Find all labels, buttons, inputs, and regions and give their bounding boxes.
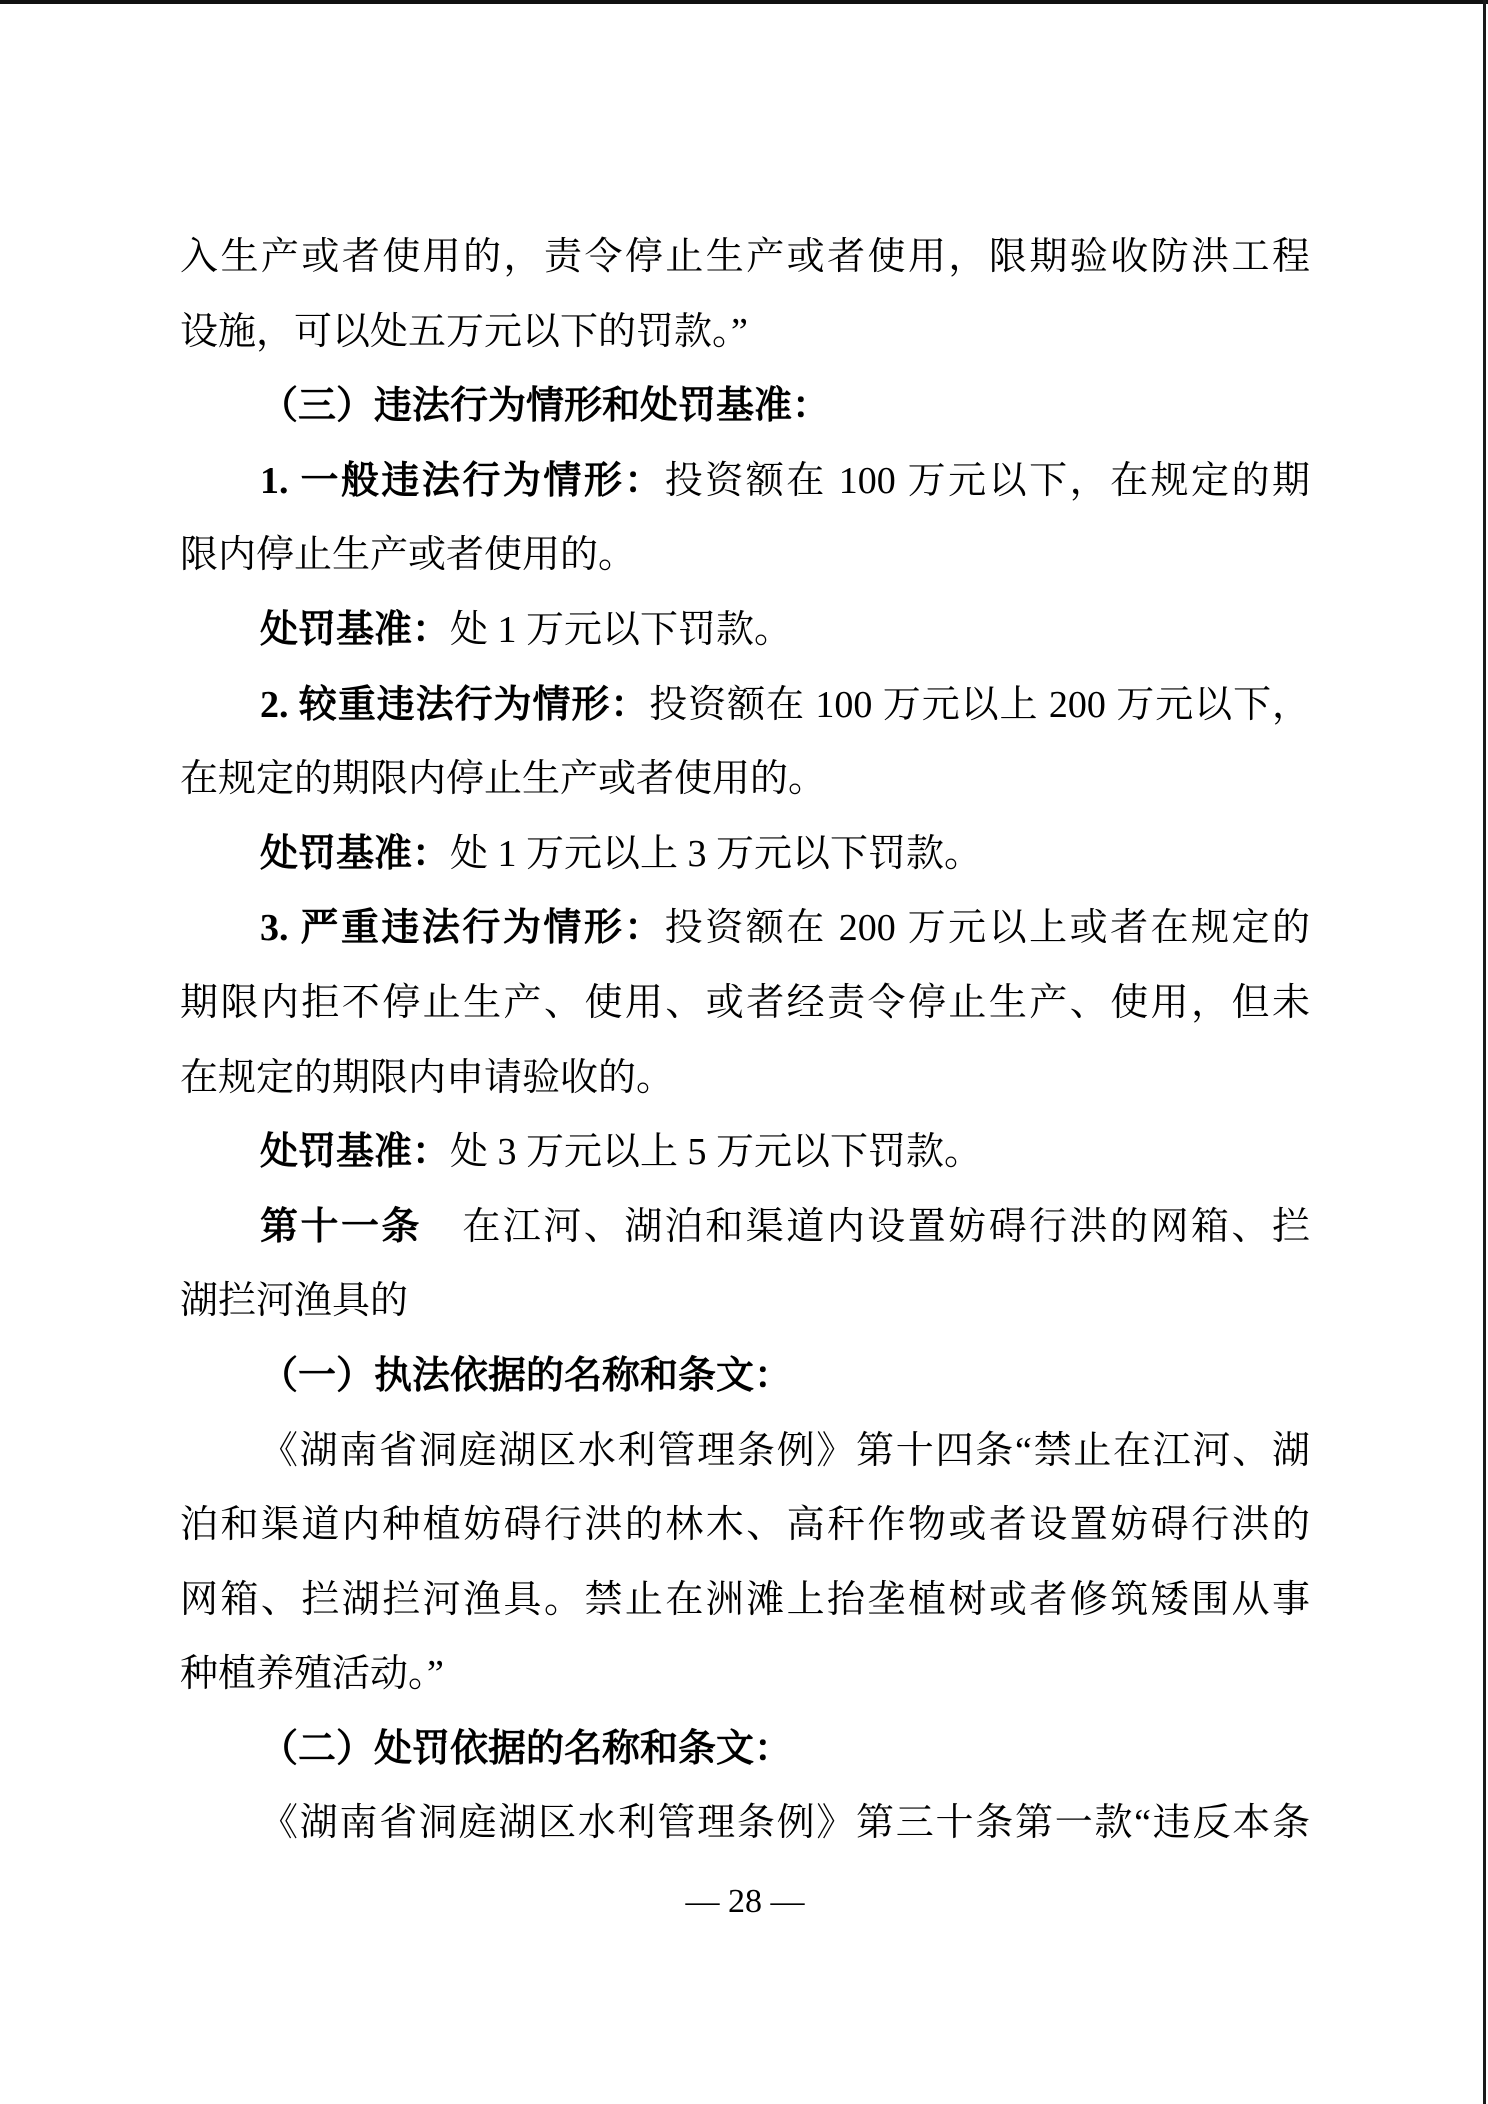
text-run: 湖拦河渔具的 (180, 1280, 408, 1322)
text-line: 3. 严重违法行为情形：投资额在 200 万元以上或者在规定的 (180, 891, 1310, 966)
text-line: 网箱、拦湖拦河渔具。禁止在洲滩上抬垄植树或者修筑矮围从事 (180, 1563, 1310, 1638)
text-line: （一）执法依据的名称和条文： (180, 1339, 1310, 1414)
document-body: 入生产或者使用的，责令停止生产或者使用，限期验收防洪工程设施，可以处五万元以下的… (180, 220, 1310, 1861)
text-line: 第十一条 在江河、湖泊和渠道内设置妨碍行洪的网箱、拦 (180, 1190, 1310, 1265)
text-line: 处罚基准：处 3 万元以上 5 万元以下罚款。 (180, 1115, 1310, 1190)
text-run-bold: 3. 严重违法行为情形： (260, 907, 665, 949)
text-line: 处罚基准：处 1 万元以上 3 万元以下罚款。 (180, 817, 1310, 892)
text-line: 泊和渠道内种植妨碍行洪的林木、高秆作物或者设置妨碍行洪的 (180, 1488, 1310, 1563)
page-number: — 28 — (686, 1883, 805, 1920)
text-line: 入生产或者使用的，责令停止生产或者使用，限期验收防洪工程 (180, 220, 1310, 295)
text-run: 《湖南省洞庭湖区水利管理条例》第三十条第一款“违反本条 (260, 1802, 1310, 1844)
text-run: 处 1 万元以下罚款。 (450, 609, 792, 651)
text-run: 限内停止生产或者使用的。 (180, 534, 636, 576)
text-run-bold: 第十一条 (260, 1206, 422, 1248)
text-run: 在规定的期限内申请验收的。 (180, 1057, 674, 1099)
text-line: 2. 较重违法行为情形：投资额在 100 万元以上 200 万元以下， (180, 668, 1310, 743)
text-line: 《湖南省洞庭湖区水利管理条例》第三十条第一款“违反本条 (180, 1786, 1310, 1861)
scan-right-edge (1483, 0, 1486, 2104)
text-run-bold: 处罚基准： (260, 833, 450, 875)
text-run: 投资额在 100 万元以上 200 万元以下， (649, 684, 1310, 726)
text-line: 期限内拒不停止生产、使用、或者经责令停止生产、使用，但未 (180, 966, 1310, 1041)
text-line: 《湖南省洞庭湖区水利管理条例》第十四条“禁止在江河、湖 (180, 1414, 1310, 1489)
text-line: 1. 一般违法行为情形：投资额在 100 万元以下，在规定的期 (180, 444, 1310, 519)
text-line: 限内停止生产或者使用的。 (180, 518, 1310, 593)
text-line: （三）违法行为情形和处罚基准： (180, 369, 1310, 444)
document-page: 入生产或者使用的，责令停止生产或者使用，限期验收防洪工程设施，可以处五万元以下的… (0, 0, 1488, 2104)
text-run-bold: 2. 较重违法行为情形： (260, 684, 649, 726)
text-line: 设施，可以处五万元以下的罚款。” (180, 295, 1310, 370)
text-run: 期限内拒不停止生产、使用、或者经责令停止生产、使用，但未 (180, 982, 1310, 1024)
page-footer: — 28 — (180, 1872, 1310, 1932)
text-run: 在规定的期限内停止生产或者使用的。 (180, 758, 826, 800)
text-line: 在规定的期限内停止生产或者使用的。 (180, 742, 1310, 817)
text-line: 种植养殖活动。” (180, 1637, 1310, 1712)
text-run: 投资额在 100 万元以下，在规定的期 (665, 460, 1310, 502)
text-run-bold: 处罚基准： (260, 609, 450, 651)
text-run: 在江河、湖泊和渠道内设置妨碍行洪的网箱、拦 (422, 1206, 1310, 1248)
text-run: 投资额在 200 万元以上或者在规定的 (665, 907, 1310, 949)
text-run: 入生产或者使用的，责令停止生产或者使用，限期验收防洪工程 (180, 236, 1310, 278)
text-run-bold: 1. 一般违法行为情形： (260, 460, 665, 502)
text-run: 《湖南省洞庭湖区水利管理条例》第十四条“禁止在江河、湖 (260, 1430, 1310, 1472)
text-run-bold: 处罚基准： (260, 1131, 450, 1173)
text-run: 处 1 万元以上 3 万元以下罚款。 (450, 833, 982, 875)
text-line: 在规定的期限内申请验收的。 (180, 1041, 1310, 1116)
text-run-bold: （二）处罚依据的名称和条文： (260, 1728, 792, 1770)
text-line: 处罚基准：处 1 万元以下罚款。 (180, 593, 1310, 668)
scan-top-edge (0, 0, 1488, 4)
text-run: 处 3 万元以上 5 万元以下罚款。 (450, 1131, 982, 1173)
text-run: 网箱、拦湖拦河渔具。禁止在洲滩上抬垄植树或者修筑矮围从事 (180, 1579, 1310, 1621)
text-run: 种植养殖活动。” (180, 1653, 444, 1695)
text-run: 泊和渠道内种植妨碍行洪的林木、高秆作物或者设置妨碍行洪的 (180, 1504, 1310, 1546)
text-run-bold: （三）违法行为情形和处罚基准： (260, 385, 830, 427)
text-line: （二）处罚依据的名称和条文： (180, 1712, 1310, 1787)
text-line: 湖拦河渔具的 (180, 1264, 1310, 1339)
text-run: 设施，可以处五万元以下的罚款。” (180, 311, 748, 353)
text-run-bold: （一）执法依据的名称和条文： (260, 1355, 792, 1397)
